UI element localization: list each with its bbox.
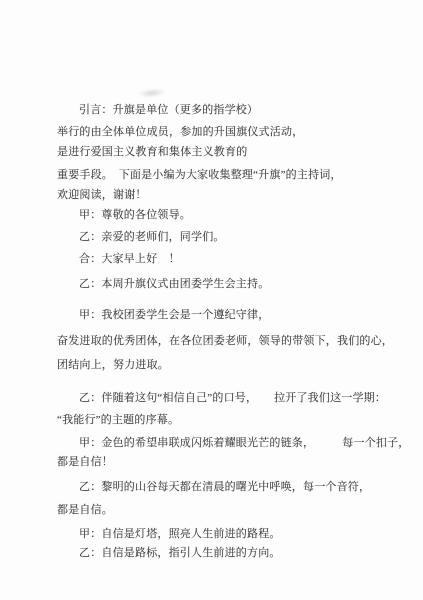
text-line: 乙：亲爱的老师们，同学们。	[57, 230, 225, 244]
text-line: 甲：自信是灯塔，照亮人生前进的路程。	[57, 527, 281, 541]
text-line: 重要手段。 下面是小编为大家收集整理“升旗”的主持词，	[57, 168, 342, 182]
text-line: 乙：自信是路标，指引人生前进的方向。	[57, 546, 281, 560]
text-line: 乙：本周升旗仪式由团委学生会主持。	[57, 277, 269, 291]
text-line: 都是自信！	[57, 455, 113, 469]
text-line: 奋发进取的优秀团体，在各位团委老师，领导的带领下，我们的心，	[57, 334, 393, 348]
text-line: 乙：黎明的山谷每天都在清晨的曙光中呼唤，每一个音符，	[57, 480, 370, 494]
scan-smudge-artifact	[138, 88, 167, 99]
text-line: 乙：伴随着这句“相信自己”的口号， 拉开了我们这一学期：	[57, 391, 386, 405]
text-line: 甲：我校团委学生会是一个遵纪守律，	[57, 308, 269, 322]
text-line: 团结向上，努力进取。	[57, 358, 169, 372]
text-line: 合：大家早上好 ！	[57, 252, 180, 266]
text-line: 举行的由全体单位成员，参加的升国旗仪式活动，	[57, 125, 303, 139]
document-page: 引言：升旗是单位（更多的指学校） 举行的由全体单位成员，参加的升国旗仪式活动， …	[0, 0, 423, 600]
text-line: 欢迎阅读，谢谢！	[57, 188, 147, 202]
text-line: 都是自信。	[57, 503, 113, 517]
text-line: “我能行”的主题的序幕。	[57, 413, 179, 427]
text-line: 甲：尊敬的各位领导。	[57, 208, 191, 222]
text-line: 引言：升旗是单位（更多的指学校）	[57, 103, 258, 117]
text-line: 甲：金色的希望串联成闪烁着耀眼光芒的链条， 每一个扣子，	[57, 436, 410, 450]
text-line: 是进行爱国主义教育和集体主义教育的	[57, 145, 247, 159]
